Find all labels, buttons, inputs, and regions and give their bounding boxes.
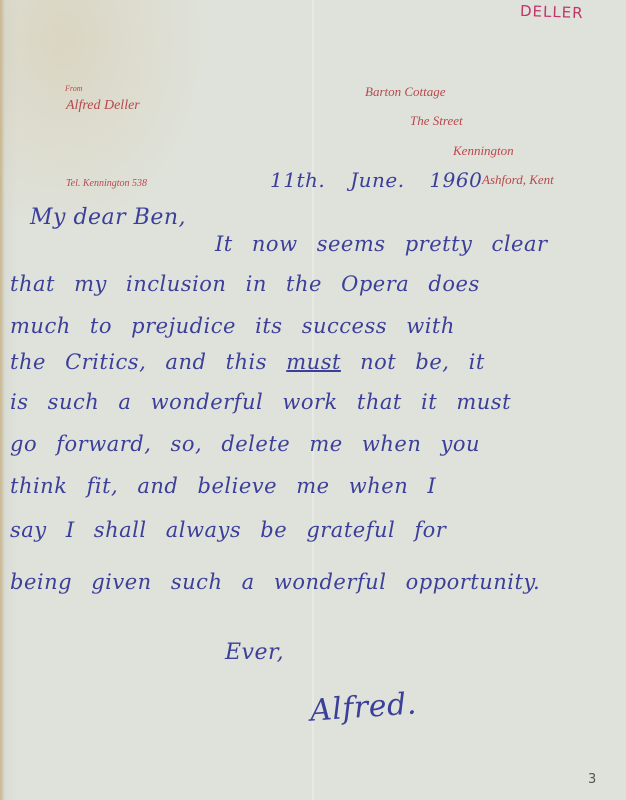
letter-body-line: that my inclusion in the Opera does (10, 272, 480, 296)
letter-date: 11th. June. 1960 (270, 168, 482, 192)
letterhead-telephone: Tel. Kennington 538 (66, 178, 147, 189)
letterhead-address-line: Ashford, Kent (482, 172, 554, 188)
letterhead-address-line: The Street (410, 113, 463, 129)
letter-closing: Ever, (225, 640, 284, 665)
letterhead-sender-name: Alfred Deller (66, 98, 140, 114)
letter-body-line: say I shall always be grateful for (10, 518, 446, 542)
letter-body-line: is such a wonderful work that it must (10, 390, 511, 414)
letter-body-line: go forward, so, delete me when you (10, 432, 480, 456)
letter-body-text: the Critics, and this (10, 350, 267, 374)
letter-body-line: being given such a wonderful opportunity… (10, 570, 540, 594)
letterhead-address-line: Kennington (453, 143, 514, 159)
paper-edge-stain (0, 0, 5, 800)
letter-body-line: think fit, and believe me when I (10, 474, 436, 498)
letter-page: DELLER From Alfred Deller Tel. Kenningto… (0, 0, 626, 800)
letter-body-line: It now seems pretty clear (215, 232, 548, 256)
letter-body-line: much to prejudice its success with (10, 314, 455, 338)
letter-body-line: the Critics, and this must not be, it (10, 350, 485, 374)
letterhead-address-line: Barton Cottage (365, 84, 446, 100)
signature: Alfred. (309, 686, 418, 728)
letter-body-text: not be, it (360, 350, 485, 374)
letterhead-from-label: From (65, 84, 82, 93)
archive-mark: DELLER (520, 2, 584, 22)
underlined-word: must (286, 350, 341, 374)
page-number: 3 (588, 772, 596, 787)
letter-salutation: My dear Ben, (30, 205, 186, 230)
